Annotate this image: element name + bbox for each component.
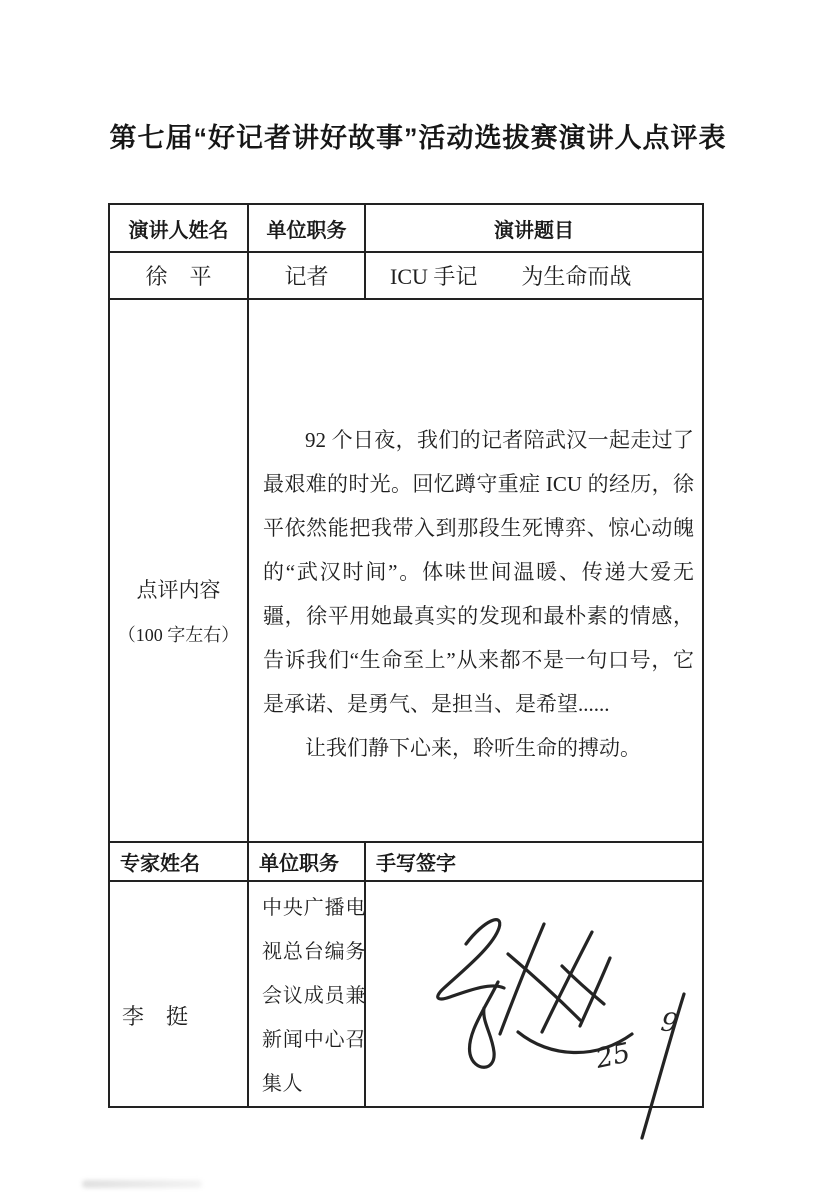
expert-unit-text: 中央广播电视总台编务会议成员兼新闻中心召集人 — [262, 886, 366, 1106]
expert-name: 李 挺 — [109, 881, 248, 1107]
speaker-unit: 记者 — [248, 252, 365, 299]
speaker-row: 徐 平 记者 ICU 手记 为生命而战 — [109, 252, 703, 299]
header-expert-unit: 单位职务 — [248, 842, 365, 881]
speaker-name: 徐 平 — [109, 252, 248, 299]
review-label-title: 点评内容 — [110, 574, 247, 604]
review-paragraph-1: 92 个日夜，我们的记者陪武汉一起走过了最艰难的时光。回忆蹲守重症 ICU 的经… — [263, 418, 694, 726]
expert-row: 李 挺 中央广播电视总台编务会议成员兼新闻中心召集人 — [109, 881, 703, 1107]
header-speech-topic: 演讲题目 — [365, 204, 703, 252]
header-expert-name: 专家姓名 — [109, 842, 248, 881]
document-page: 第七届“好记者讲好故事”活动选拔赛演讲人点评表 演讲人姓名 单位职务 演讲题目 … — [0, 0, 836, 1192]
scan-artifact-smudge — [82, 1180, 202, 1188]
review-content-cell: 92 个日夜，我们的记者陪武汉一起走过了最艰难的时光。回忆蹲守重症 ICU 的经… — [248, 299, 703, 842]
speech-topic: ICU 手记 为生命而战 — [365, 252, 703, 299]
header-handwritten-signature: 手写签字 — [365, 842, 703, 881]
header-speaker-name: 演讲人姓名 — [109, 204, 248, 252]
header-unit-position: 单位职务 — [248, 204, 365, 252]
review-label-cell: 点评内容 （100 字左右） — [109, 299, 248, 842]
signature-stroke — [469, 982, 498, 1067]
review-paragraph-2: 让我们静下心来，聆听生命的搏动。 — [263, 726, 694, 770]
expert-unit-cell: 中央广播电视总台编务会议成员兼新闻中心召集人 — [248, 881, 365, 1107]
review-row: 点评内容 （100 字左右） 92 个日夜，我们的记者陪武汉一起走过了最艰难的时… — [109, 299, 703, 842]
review-label: 点评内容 （100 字左右） — [110, 574, 247, 647]
review-form-table: 演讲人姓名 单位职务 演讲题目 徐 平 记者 ICU 手记 为生命而战 点评内容… — [108, 203, 704, 1108]
speaker-header-row: 演讲人姓名 单位职务 演讲题目 — [109, 204, 703, 252]
review-label-note: （100 字左右） — [110, 621, 247, 647]
signature-date-month: 9 — [659, 1007, 680, 1039]
signature-date-day: 25 — [592, 1037, 633, 1075]
signature-cell: 25 9 — [365, 881, 703, 1107]
handwritten-signature-svg: 25 9 — [366, 882, 704, 1142]
page-title: 第七届“好记者讲好故事”活动选拔赛演讲人点评表 — [0, 116, 836, 155]
signature-stroke — [580, 958, 610, 1026]
expert-header-row: 专家姓名 单位职务 手写签字 — [109, 842, 703, 881]
